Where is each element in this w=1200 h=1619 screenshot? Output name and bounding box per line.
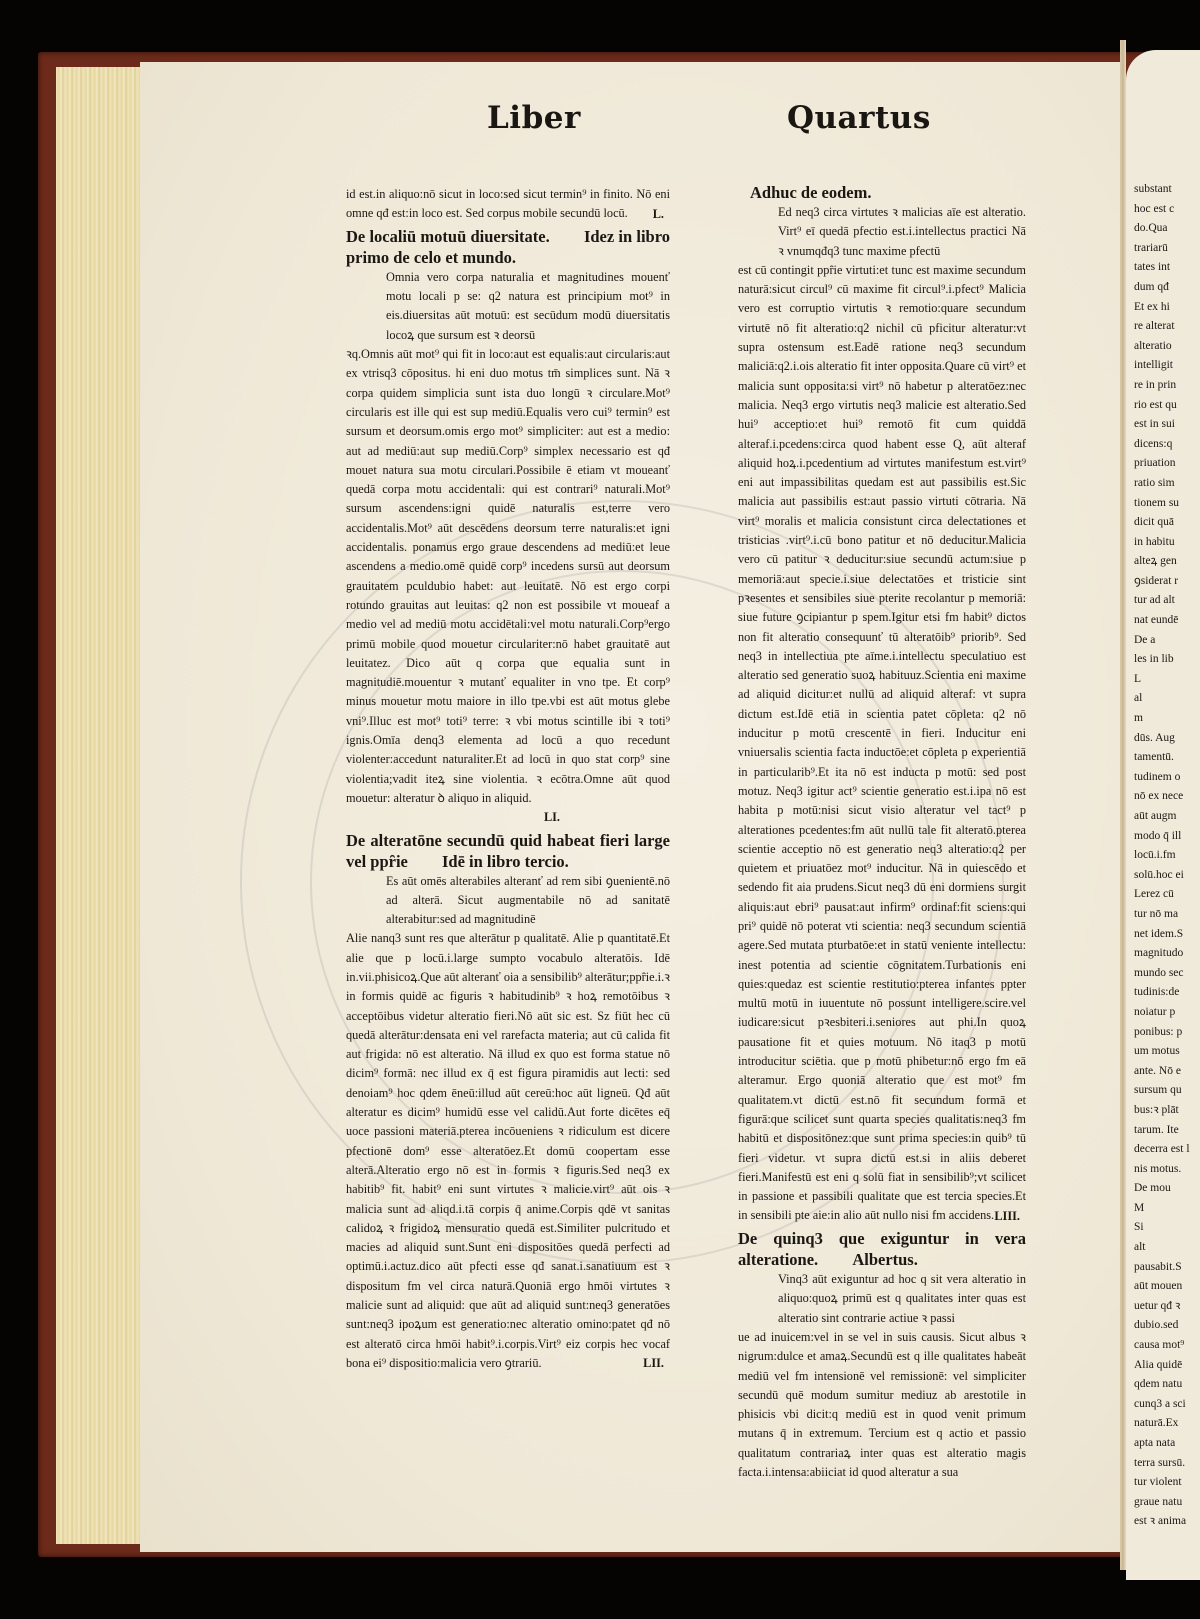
facing-page-line: locū.i.fm xyxy=(1134,846,1200,866)
running-head-left: Liber xyxy=(487,100,581,136)
facing-page-line: mundo sec xyxy=(1134,964,1200,984)
facing-page-line: decerra est l xyxy=(1134,1140,1200,1160)
paragraph-indented: Vinq3 aūt exiguntur ad hoc q sit vera al… xyxy=(738,1270,1026,1328)
facing-page-line: tates int xyxy=(1134,258,1200,278)
paragraph: ꝛq.Omnis aūt mot⁹ qui fit in loco:aut es… xyxy=(346,345,670,808)
facing-page-line: Si xyxy=(1134,1218,1200,1238)
facing-page-line: substant xyxy=(1134,180,1200,200)
facing-page-line: tarum. Ite xyxy=(1134,1121,1200,1141)
intro-text: id est.in aliquo:nō sicut in loco:sed si… xyxy=(346,185,670,224)
facing-page-line: net idem.S xyxy=(1134,925,1200,945)
paragraph: est cū contingit ppȓie virtuti:et tunc e… xyxy=(738,261,1026,1226)
facing-page-line: aūt mouen xyxy=(1134,1277,1200,1297)
facing-page-line: uetur qđ ꝛ xyxy=(1134,1297,1200,1317)
facing-page-line: tur ad alt xyxy=(1134,591,1200,611)
heading-source: Idē in libro tercio. xyxy=(442,852,569,871)
facing-page-text: substanthoc est cdo.Quatrariarūtates int… xyxy=(1134,180,1200,1532)
facing-page-line: tudinis:de xyxy=(1134,983,1200,1003)
facing-page-line: ꝯsiderat r xyxy=(1134,572,1200,592)
facing-page-line: noiatur p xyxy=(1134,1003,1200,1023)
facing-page-line: do.Qua xyxy=(1134,219,1200,239)
facing-page-line: pausabit.S xyxy=(1134,1258,1200,1278)
facing-page-line: al xyxy=(1134,689,1200,709)
facing-page-line: trariarū xyxy=(1134,239,1200,259)
facing-page-line: re in prin xyxy=(1134,376,1200,396)
facing-page-line: um motus xyxy=(1134,1042,1200,1062)
chapter-heading: De quinq3 que exiguntur in vera alterati… xyxy=(738,1228,1026,1270)
running-head-right: Quartus xyxy=(787,100,931,136)
facing-page-line: priuation xyxy=(1134,454,1200,474)
facing-page-line: magnitudo xyxy=(1134,944,1200,964)
heading-title: De localiū motuū diuersitate. xyxy=(346,227,550,246)
facing-page-line: dum qđ xyxy=(1134,278,1200,298)
facing-page-line: dicens:q xyxy=(1134,435,1200,455)
heading-source: Albertus. xyxy=(852,1250,918,1269)
facing-page-line: sursum qu xyxy=(1134,1081,1200,1101)
chapter-heading: De alteratōne secundū quid habeat fieri … xyxy=(346,830,670,872)
facing-page-line: nis motus. xyxy=(1134,1160,1200,1180)
facing-page-line: apta nata xyxy=(1134,1434,1200,1454)
paragraph: Alie nanq3 sunt res que alterātur p qual… xyxy=(346,929,670,1373)
chapter-numeral: LI. xyxy=(346,808,670,827)
facing-page-line: est ꝛ anima xyxy=(1134,1512,1200,1532)
paragraph-indented: Ed neq3 circa virtutes ꝛ malicias aīe es… xyxy=(738,203,1026,261)
facing-page-line: Alia quidē xyxy=(1134,1356,1200,1376)
facing-page-line: tur violent xyxy=(1134,1473,1200,1493)
facing-page-line: modo q̄ ill xyxy=(1134,827,1200,847)
left-text-column: id est.in aliquo:nō sicut in loco:sed si… xyxy=(346,185,670,1374)
facing-page-line: causa mot⁹ xyxy=(1134,1336,1200,1356)
facing-page-line: ante. Nō e xyxy=(1134,1062,1200,1082)
facing-page-line: De mou xyxy=(1134,1179,1200,1199)
facing-page-line: les in lib xyxy=(1134,650,1200,670)
facing-page-line: m xyxy=(1134,709,1200,729)
facing-page-line: bus:ꝛ plāt xyxy=(1134,1101,1200,1121)
facing-page-line: cunq3 a sci xyxy=(1134,1395,1200,1415)
facing-page-line: tionem su xyxy=(1134,494,1200,514)
facing-page-line: intelligit xyxy=(1134,356,1200,376)
facing-page-line: alteꝝ gen xyxy=(1134,552,1200,572)
facing-page-line: De a xyxy=(1134,631,1200,651)
facing-page-line: dūs. Aug xyxy=(1134,729,1200,749)
facing-page-line: dicit quā xyxy=(1134,513,1200,533)
facing-page-line: tudinem o xyxy=(1134,768,1200,788)
facing-page-line: ratio sim xyxy=(1134,474,1200,494)
chapter-heading: Adhuc de eodem. xyxy=(738,182,1026,203)
facing-page-line: Lerez cū xyxy=(1134,885,1200,905)
facing-page-line: M xyxy=(1134,1199,1200,1219)
facing-page-line: alt xyxy=(1134,1238,1200,1258)
facing-page-line: tamentū. xyxy=(1134,748,1200,768)
paragraph-indented: Omnia vero corpa naturalia et magnitudin… xyxy=(346,268,670,345)
chapter-heading: De localiū motuū diuersitate. Idez in li… xyxy=(346,226,670,268)
facing-page-line: rio est qu xyxy=(1134,396,1200,416)
facing-page-line: dubio.sed xyxy=(1134,1316,1200,1336)
facing-page-line: graue natu xyxy=(1134,1493,1200,1513)
facing-page-line: ponibus: p xyxy=(1134,1023,1200,1043)
facing-page-line: in habitu xyxy=(1134,533,1200,553)
facing-page-line: est in sui xyxy=(1134,415,1200,435)
facing-page-line: hoc est c xyxy=(1134,200,1200,220)
facing-page-line: nat eundē xyxy=(1134,611,1200,631)
facing-page-line: re alterat xyxy=(1134,317,1200,337)
paragraph-indented: Es aūt omēs alterabiles alteranť ad rem … xyxy=(346,872,670,930)
paragraph: ue ad inuicem:vel in se vel in suis caus… xyxy=(738,1328,1026,1482)
facing-page-line: tur nō ma xyxy=(1134,905,1200,925)
facing-page-line: solū.hoc ei xyxy=(1134,866,1200,886)
facing-page-line: Et ex hi xyxy=(1134,298,1200,318)
facing-page-line: nō ex nece xyxy=(1134,787,1200,807)
right-text-column: Adhuc de eodem. Ed neq3 circa virtutes ꝛ… xyxy=(738,180,1026,1482)
facing-page-line: qdem natu xyxy=(1134,1375,1200,1395)
facing-page-line: terra sursū. xyxy=(1134,1454,1200,1474)
facing-page-line: aūt augm xyxy=(1134,807,1200,827)
facing-page-line: alteratio xyxy=(1134,337,1200,357)
facing-page-line: L xyxy=(1134,670,1200,690)
facing-page-line: naturā.Ex xyxy=(1134,1414,1200,1434)
